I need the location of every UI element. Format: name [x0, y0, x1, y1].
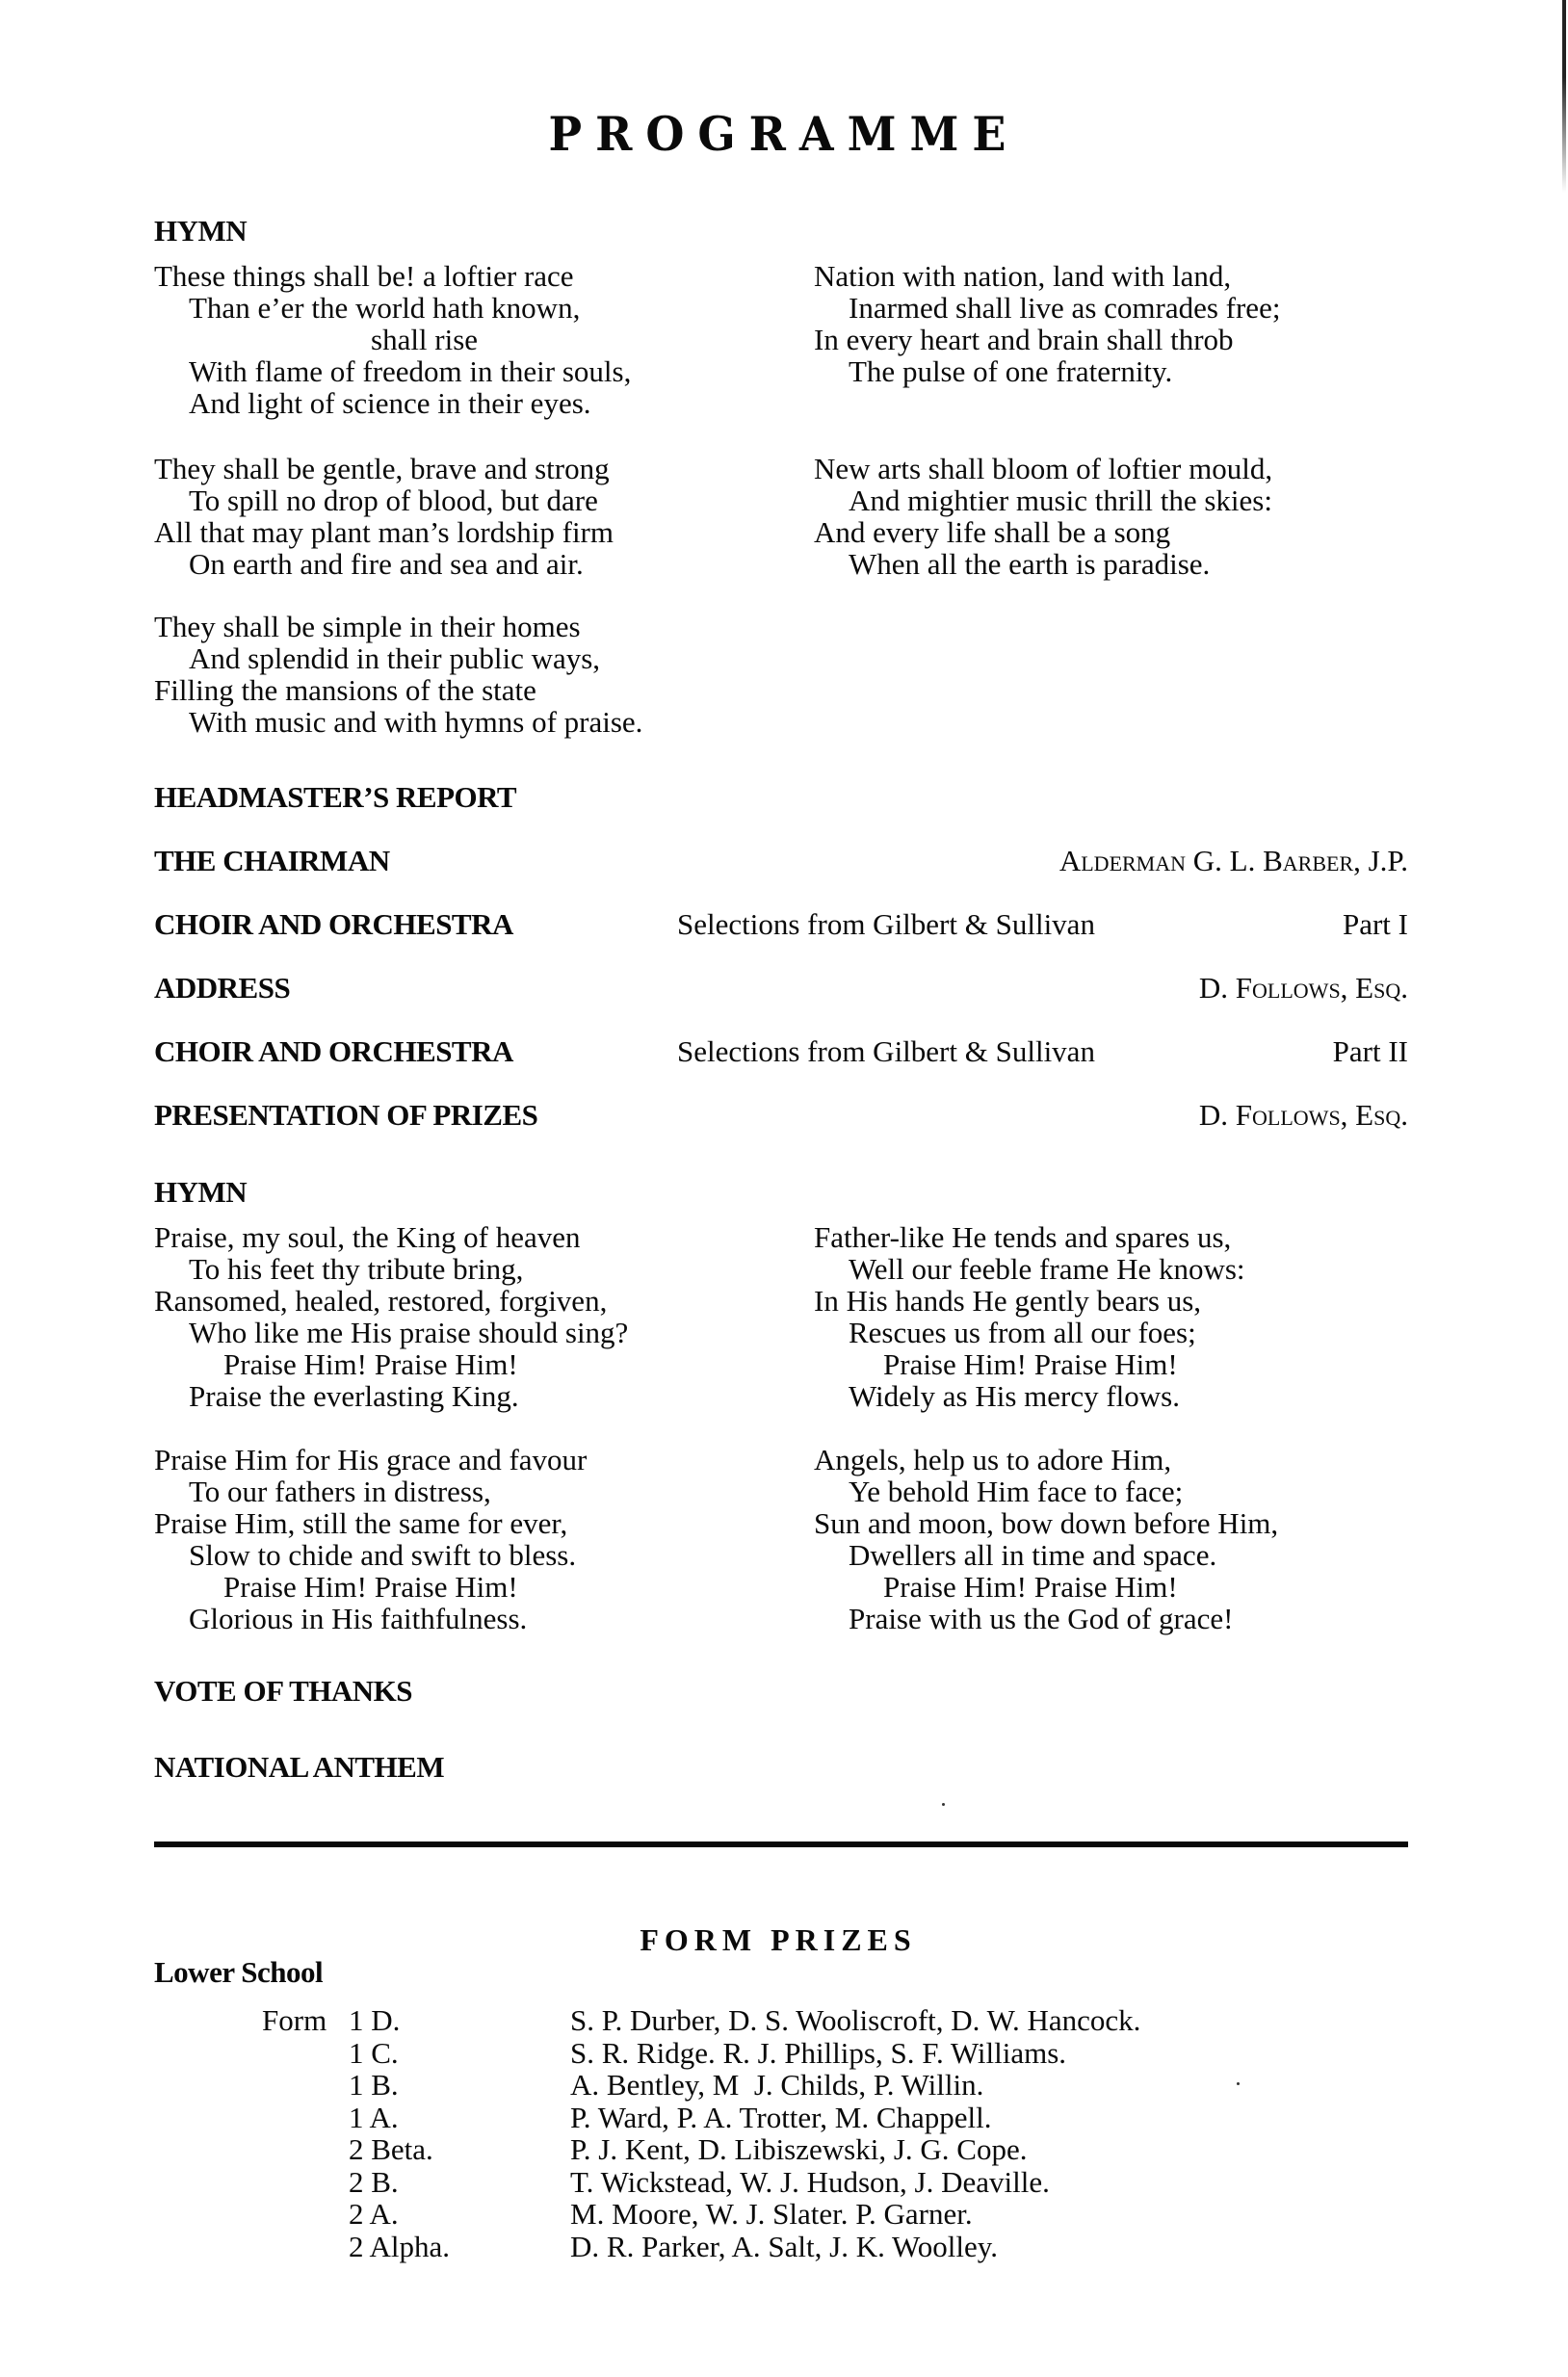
verse-line: Praise, my soul, the King of heaven	[154, 1221, 771, 1253]
verse-line: Ye behold Him face to face;	[814, 1476, 1430, 1507]
verse-line: Slow to chide and swift to bless.	[154, 1539, 771, 1571]
programme-item-presenter: Part II	[1333, 1034, 1408, 1069]
programme-item-presenter: Alderman G. L. Barber, J.P.	[1059, 844, 1408, 878]
prize-winners: D. R. Parker, A. Salt, J. K. Woolley.	[570, 2230, 998, 2264]
verse-line: To our fathers in distress,	[154, 1476, 771, 1507]
verse-line: Praise Him, still the same for ever,	[154, 1507, 771, 1539]
verse-line: Filling the mansions of the state	[154, 674, 751, 706]
programme-item-presenter: D. Follows, Esq.	[1199, 1098, 1408, 1133]
form-label: Form	[262, 2003, 327, 2038]
verse-line: Father-like He tends and spares us,	[814, 1221, 1430, 1253]
stanza: They shall be simple in their homesAnd s…	[154, 611, 751, 738]
programme-item-detail: Selections from Gilbert & Sullivan	[677, 907, 1095, 942]
prize-winners: S. R. Ridge. R. J. Phillips, S. F. Willi…	[570, 2036, 1066, 2071]
verse-line: In His hands He gently bears us,	[814, 1285, 1430, 1317]
verse-line: And mightier music thrill the skies:	[814, 484, 1411, 516]
programme-item: ADDRESSD. Follows, Esq.	[154, 971, 1408, 1009]
programme-item-label: CHOIR AND ORCHESTRA	[154, 907, 513, 942]
page-title: PROGRAMME	[0, 107, 1568, 162]
programme-item-label: CHOIR AND ORCHESTRA	[154, 1034, 513, 1069]
print-speck	[942, 1803, 945, 1806]
verse-line: Praise Him! Praise Him!	[154, 1571, 771, 1603]
form-name: 2 Beta.	[349, 2132, 433, 2167]
hymn1-heading: HYMN	[154, 214, 247, 248]
verse-line: Well our feeble frame He knows:	[814, 1253, 1430, 1285]
print-speck	[1237, 2082, 1240, 2085]
programme-item-detail: Selections from Gilbert & Sullivan	[677, 1034, 1095, 1069]
hymn2-heading: HYMN	[154, 1175, 247, 1210]
programme-item: CHOIR AND ORCHESTRASelections from Gilbe…	[154, 1034, 1408, 1073]
verse-line: Glorious in His faithfulness.	[154, 1603, 771, 1634]
form-prize-row: 1 A.P. Ward, P. A. Trotter, M. Chappell.	[0, 2101, 1568, 2133]
verse-line: Praise Him for His grace and favour	[154, 1444, 771, 1476]
stanza: Praise Him for His grace and favourTo ou…	[154, 1444, 771, 1634]
programme-item-presenter: Part I	[1343, 907, 1408, 942]
verse-line: New arts shall bloom of loftier mould,	[814, 453, 1411, 484]
verse-line: In every heart and brain shall throb	[814, 324, 1411, 355]
prize-winners: A. Bentley, M J. Childs, P. Willin.	[570, 2068, 983, 2103]
form-prizes-title: FORM PRIZES	[0, 1922, 1556, 1958]
form-name: 2 A.	[349, 2197, 399, 2232]
stanza: Angels, help us to adore Him,Ye behold H…	[814, 1444, 1430, 1634]
verse-line: Dwellers all in time and space.	[814, 1539, 1430, 1571]
verse-line: On earth and fire and sea and air.	[154, 548, 751, 580]
verse-line: Nation with nation, land with land,	[814, 260, 1411, 292]
verse-line: Praise Him! Praise Him!	[814, 1348, 1430, 1380]
verse-line: Rescues us from all our foes;	[814, 1317, 1430, 1348]
verse-line: Than e’er the world hath known,	[154, 292, 751, 324]
page-edge-shadow	[1562, 0, 1566, 193]
form-name: 1 A.	[349, 2101, 399, 2135]
verse-line: They shall be gentle, brave and strong	[154, 453, 751, 484]
verse-line: Ransomed, healed, restored, forgiven,	[154, 1285, 771, 1317]
verse-line: Who like me His praise should sing?	[154, 1317, 771, 1348]
verse-line: These things shall be! a loftier race	[154, 260, 751, 292]
form-name: 2 B.	[349, 2165, 399, 2200]
verse-line: To spill no drop of blood, but dare	[154, 484, 751, 516]
lower-school-heading: Lower School	[154, 1955, 323, 1990]
prize-winners: P. Ward, P. A. Trotter, M. Chappell.	[570, 2101, 992, 2135]
verse-line: With flame of freedom in their souls,	[154, 355, 751, 387]
verse-line: The pulse of one fraternity.	[814, 355, 1411, 387]
programme-item-label: HEADMASTER’S REPORT	[154, 780, 516, 815]
programme-item-label: THE CHAIRMAN	[154, 844, 390, 878]
verse-line: And splendid in their public ways,	[154, 642, 751, 674]
verse-line: Praise Him! Praise Him!	[154, 1348, 771, 1380]
stanza: Father-like He tends and spares us,Well …	[814, 1221, 1430, 1412]
programme-item: HEADMASTER’S REPORT	[154, 780, 1408, 819]
form-prize-row: 2 A.M. Moore, W. J. Slater. P. Garner.	[0, 2197, 1568, 2230]
verse-line: And light of science in their eyes.	[154, 387, 751, 419]
vote-of-thanks: VOTE OF THANKS	[154, 1674, 412, 1709]
stanza: They shall be gentle, brave and strongTo…	[154, 453, 751, 580]
verse-line: Widely as His mercy flows.	[814, 1380, 1430, 1412]
prize-winners: M. Moore, W. J. Slater. P. Garner.	[570, 2197, 973, 2232]
programme-item: THE CHAIRMANAlderman G. L. Barber, J.P.	[154, 844, 1408, 882]
verse-line: Praise with us the God of grace!	[814, 1603, 1430, 1634]
verse-line: When all the earth is paradise.	[814, 548, 1411, 580]
form-name: 1 B.	[349, 2068, 399, 2103]
verse-line: Inarmed shall live as comrades free;	[814, 292, 1411, 324]
verse-line: Sun and moon, bow down before Him,	[814, 1507, 1430, 1539]
form-prize-row: 2 B.T. Wickstead, W. J. Hudson, J. Deavi…	[0, 2165, 1568, 2198]
form-name: 1 D.	[349, 2003, 400, 2038]
form-prize-row: 2 Beta.P. J. Kent, D. Libiszewski, J. G.…	[0, 2132, 1568, 2165]
verse-line: With music and with hymns of praise.	[154, 706, 751, 738]
programme-item-label: PRESENTATION OF PRIZES	[154, 1098, 537, 1133]
stanza: New arts shall bloom of loftier mould,An…	[814, 453, 1411, 580]
verse-line: All that may plant man’s lordship firm	[154, 516, 751, 548]
verse-line: And every life shall be a song	[814, 516, 1411, 548]
verse-line: shall rise	[154, 324, 751, 355]
verse-line: Angels, help us to adore Him,	[814, 1444, 1430, 1476]
programme-item: PRESENTATION OF PRIZESD. Follows, Esq.	[154, 1098, 1408, 1136]
section-divider	[154, 1842, 1408, 1847]
form-prize-row: 1 C.S. R. Ridge. R. J. Phillips, S. F. W…	[0, 2036, 1568, 2069]
form-name: 2 Alpha.	[349, 2230, 450, 2264]
programme-item-presenter: D. Follows, Esq.	[1199, 971, 1408, 1006]
national-anthem: NATIONAL ANTHEM	[154, 1750, 444, 1785]
verse-line: Praise the everlasting King.	[154, 1380, 771, 1412]
verse-line: To his feet thy tribute bring,	[154, 1253, 771, 1285]
form-prize-row: Form1 D.S. P. Durber, D. S. Wooliscroft,…	[0, 2003, 1568, 2036]
verse-line: They shall be simple in their homes	[154, 611, 751, 642]
form-prize-row: 1 B.A. Bentley, M J. Childs, P. Willin.	[0, 2068, 1568, 2101]
form-name: 1 C.	[349, 2036, 399, 2071]
programme-item-label: ADDRESS	[154, 971, 290, 1006]
stanza: Nation with nation, land with land,Inarm…	[814, 260, 1411, 387]
prize-winners: P. J. Kent, D. Libiszewski, J. G. Cope.	[570, 2132, 1027, 2167]
prize-winners: S. P. Durber, D. S. Wooliscroft, D. W. H…	[570, 2003, 1140, 2038]
form-prize-row: 2 Alpha.D. R. Parker, A. Salt, J. K. Woo…	[0, 2230, 1568, 2262]
programme-item: CHOIR AND ORCHESTRASelections from Gilbe…	[154, 907, 1408, 946]
prize-winners: T. Wickstead, W. J. Hudson, J. Deaville.	[570, 2165, 1050, 2200]
stanza: Praise, my soul, the King of heavenTo hi…	[154, 1221, 771, 1412]
stanza: These things shall be! a loftier raceTha…	[154, 260, 751, 419]
verse-line: Praise Him! Praise Him!	[814, 1571, 1430, 1603]
